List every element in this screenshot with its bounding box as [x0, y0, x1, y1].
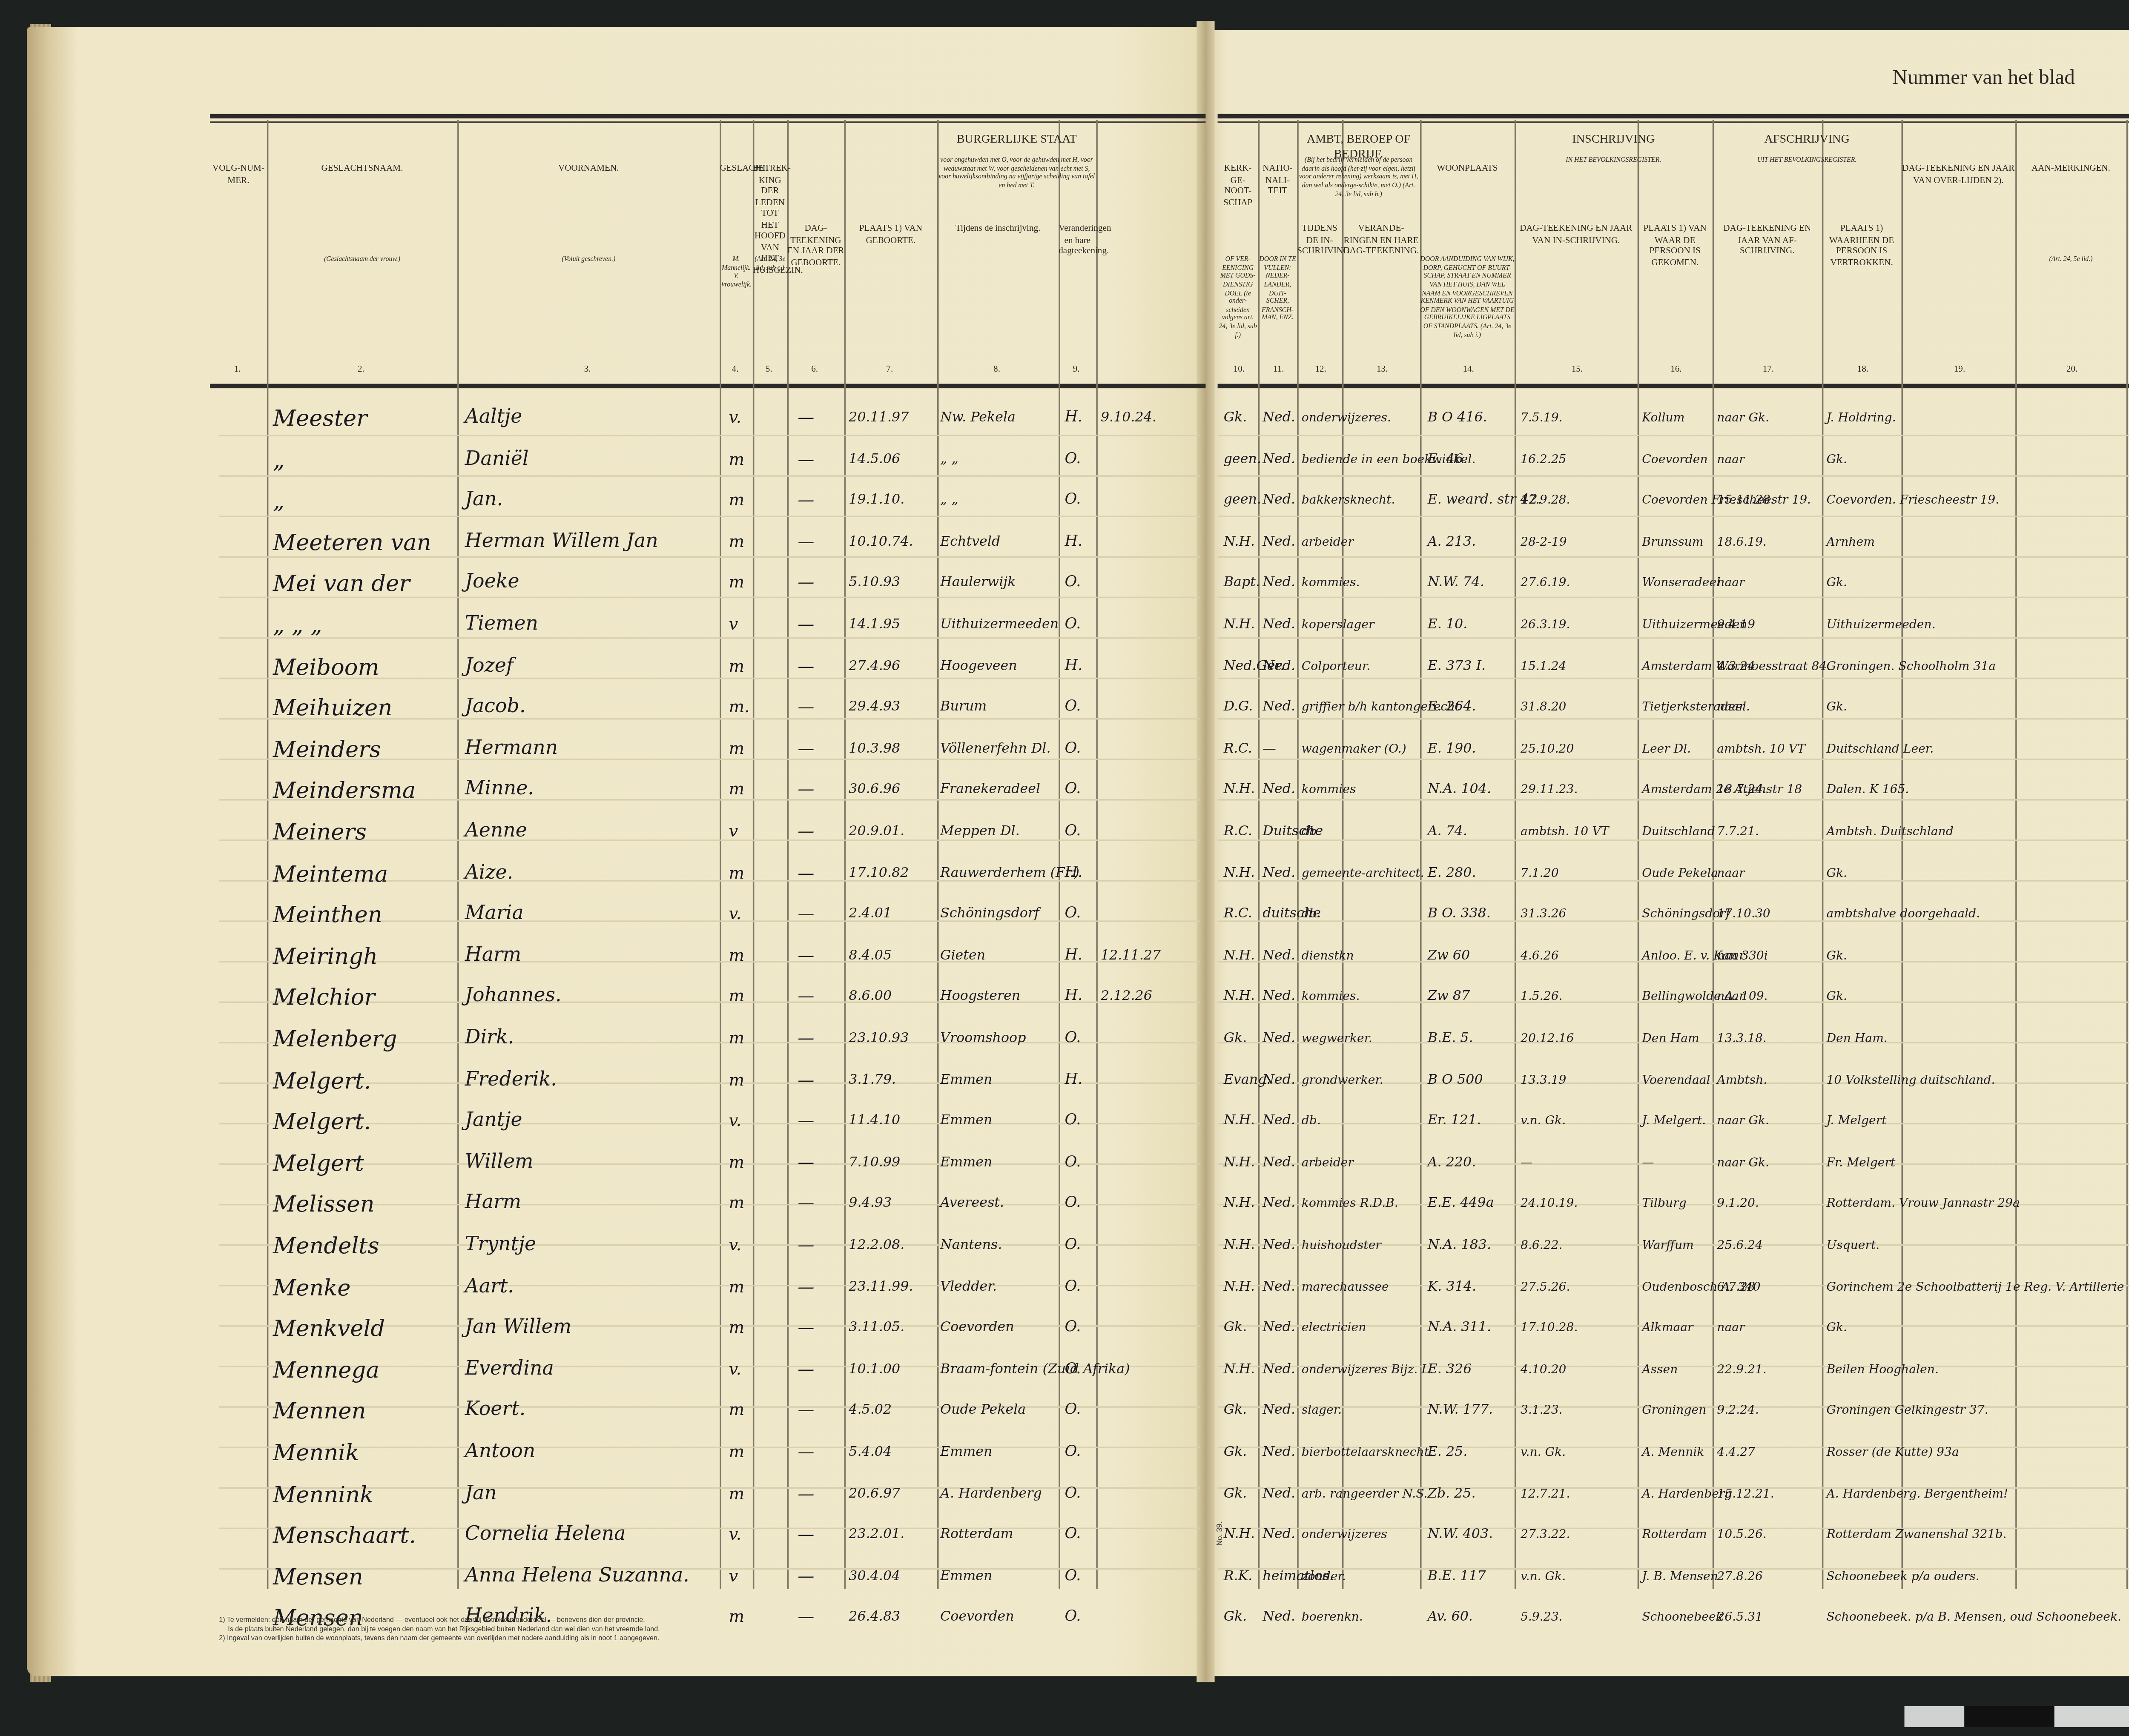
cell-birthplace: Vledder.: [940, 1277, 997, 1298]
cell-rel: —: [798, 780, 815, 801]
cell-in-date: 27.6.19.: [1521, 573, 1570, 594]
column-number: 9.: [1073, 366, 1080, 375]
row-guide-line: [219, 1163, 1199, 1165]
column-line: [1297, 120, 1299, 1589]
cell-church: N.H.: [1224, 1359, 1255, 1380]
cell-birthplace: Rauwerderhem (Fr.): [940, 863, 1079, 884]
cell-in-from: Brunssum: [1642, 532, 1703, 553]
cell-rel: —: [798, 1070, 815, 1091]
left-header-9: Veranderingen en hare dagteekening.: [1059, 225, 1096, 258]
cell-nat: Ned.: [1262, 1359, 1295, 1380]
cell-civ: O.: [1064, 1028, 1081, 1049]
cell-rel: —: [798, 408, 815, 429]
cell-sex: m: [729, 780, 745, 801]
cell-born: 4.5.02: [849, 1401, 892, 1422]
cell-address: B O 500: [1428, 1070, 1483, 1091]
cell-civ: H.: [1064, 987, 1082, 1008]
cell-civ: O.: [1064, 1484, 1081, 1504]
color-scale-bar: [1905, 1685, 2129, 1736]
cell-in-from: Coevorden: [1642, 449, 1707, 470]
right-header-3: TIJDENS DE IN-SCHRIJVING.: [1297, 225, 1342, 258]
cell-in-date: 17.9.28.: [1521, 490, 1570, 511]
right-header-7: PLAATS 1) VAN WAAR DE PERSOON IS GEKOMEN…: [1638, 225, 1713, 270]
right-group-sub: (Bij het bedrijf vermelden of de persoon…: [1297, 156, 1420, 198]
cell-given: Herman Willem Jan: [465, 532, 658, 553]
cell-out-date: 26.5.31: [1717, 1608, 1763, 1629]
right-header-8: DAG-TEEKENING EN JAAR VAN AF-SCHRIJVING.: [1713, 225, 1822, 258]
cell-out-date: 4.4.27: [1717, 1442, 1755, 1463]
cell-sex: m: [729, 532, 745, 553]
cell-rel: —: [798, 1277, 815, 1298]
cell-birthplace: Coevorden: [940, 1608, 1014, 1629]
cell-occ: slager.: [1302, 1401, 1342, 1422]
cell-surname: Meintema: [273, 863, 388, 884]
cell-out-date: 4.3.24: [1717, 656, 1755, 677]
cell-born: 23.11.99.: [849, 1277, 913, 1298]
cell-address: B.E. 5.: [1428, 1028, 1473, 1049]
row-guide-line: [1218, 678, 2129, 679]
cell-given: Tiemen: [465, 615, 538, 636]
cell-church: N.H.: [1224, 1111, 1255, 1132]
cell-occ: kommies.: [1302, 987, 1360, 1008]
cell-given: Aart.: [465, 1277, 514, 1298]
cell-rel: —: [798, 1442, 815, 1463]
cell-occ: electricien: [1302, 1318, 1366, 1339]
cell-given: Harm: [465, 945, 522, 966]
cell-birthplace: Avereest.: [940, 1194, 1004, 1215]
cell-church: N.H.: [1224, 1525, 1255, 1546]
cell-surname: „: [273, 449, 284, 470]
cell-sex: m: [729, 573, 745, 594]
cell-surname: Meiringh: [273, 945, 378, 966]
cell-in-date: 3.1.23.: [1521, 1401, 1563, 1422]
cell-given: Koert.: [465, 1401, 526, 1422]
cell-surname: Meiners: [273, 822, 367, 842]
cell-nat: —: [1262, 739, 1276, 759]
cell-birthplace: Gieten: [940, 945, 985, 966]
cell-out-to: Schoonebeek p/a ouders.: [1826, 1566, 1979, 1587]
cell-out-date: naar: [1717, 987, 1745, 1008]
footnote-1b: Is de plaats buiten Nederland gelegen, d…: [228, 1625, 660, 1633]
cell-civ: O.: [1064, 1152, 1081, 1173]
row-guide-line: [219, 516, 1199, 517]
cell-nat: Ned.: [1262, 615, 1295, 636]
cell-given: Dirk.: [465, 1028, 514, 1049]
cell-occ: grondwerker.: [1302, 1070, 1383, 1091]
cell-nat: Ned.: [1262, 697, 1295, 718]
cell-born: 27.4.96: [849, 656, 900, 677]
cell-birthplace: „ „: [940, 490, 958, 511]
cell-out-date: 9.2.24.: [1717, 1401, 1759, 1422]
cell-address: N.A. 104.: [1428, 780, 1491, 801]
cell-sex: m: [729, 656, 745, 677]
cell-occ: gemeente-architect.: [1302, 863, 1424, 884]
cell-civ: O.: [1064, 1235, 1081, 1256]
cell-surname: Meindersma: [273, 780, 416, 801]
cell-out-to: A. Hardenberg. Bergentheim!: [1826, 1484, 2008, 1504]
cell-out-to: Schoonebeek. p/a B. Mensen, oud Schooneb…: [1826, 1608, 2121, 1629]
cell-in-date: 26.3.19.: [1521, 615, 1570, 636]
cell-nat: Ned.: [1262, 1028, 1295, 1049]
header-top-rule-right: [1218, 114, 2129, 119]
cell-out-to: Gk.: [1826, 1318, 1847, 1339]
cell-nat: Ned.: [1262, 1152, 1295, 1173]
sheet-number-label: Nummer van het blad: [1892, 66, 2075, 92]
right-header-sub-11: (Art. 24, 5e lid.): [2015, 255, 2126, 264]
cell-civ: O.: [1064, 1318, 1081, 1339]
cell-surname: Melgert.: [273, 1111, 371, 1132]
row-guide-line: [1218, 597, 2129, 599]
cell-born: 5.4.04: [849, 1442, 892, 1463]
cell-surname: Melgert.: [273, 1070, 371, 1091]
cell-occ: onderwijzeres Bijz. L.: [1302, 1359, 1433, 1380]
cell-address: A. 213.: [1428, 532, 1476, 553]
cell-sex: m: [729, 1070, 745, 1091]
cell-rel: —: [798, 863, 815, 884]
cell-sex: v.: [729, 408, 742, 429]
cell-birthplace: Braam-fontein (Zuid Afrika): [940, 1359, 1130, 1380]
cell-surname: Mendelts: [273, 1235, 379, 1256]
cell-out-to: Gk.: [1826, 987, 1847, 1008]
cell-born: 30.4.04: [849, 1566, 900, 1587]
cell-in-date: v.n. Gk.: [1521, 1566, 1566, 1587]
cell-born: 20.6.97: [849, 1484, 900, 1504]
cell-out-date: Ambtsh.: [1717, 1070, 1767, 1091]
cell-given: Antoon: [465, 1442, 536, 1463]
cell-sex: v.: [729, 1359, 742, 1380]
cell-out-to: Gk.: [1826, 697, 1847, 718]
cell-surname: Meeteren van: [273, 532, 431, 553]
cell-in-from: Alkmaar: [1642, 1318, 1693, 1339]
cell-in-date: 5.9.23.: [1521, 1608, 1563, 1629]
cell-in-from: A. Mennik: [1642, 1442, 1704, 1463]
cell-out-to: Gk.: [1826, 945, 1847, 966]
cell-sex: m: [729, 863, 745, 884]
cell-out-to: Duitschland Leer.: [1826, 739, 1934, 759]
cell-rel: —: [798, 1318, 815, 1339]
cell-born: 17.10.82: [849, 863, 909, 884]
cell-address: N.W. 177.: [1428, 1401, 1493, 1422]
cell-rel: —: [798, 987, 815, 1008]
cell-born: 10.10.74.: [849, 532, 913, 553]
left-header-3: VOORNAMEN.: [457, 165, 720, 176]
cell-address: E. 190.: [1428, 739, 1476, 759]
cell-surname: Meiboom: [273, 656, 379, 677]
cell-sex: m: [729, 1152, 745, 1173]
cell-in-from: Warffum: [1642, 1235, 1694, 1256]
cell-address: K. 314.: [1428, 1277, 1476, 1298]
row-guide-line: [219, 1447, 1199, 1448]
cell-nat: Ned.: [1262, 573, 1295, 594]
cell-surname: Mennega: [273, 1359, 379, 1380]
cell-born: 7.10.99: [849, 1152, 900, 1173]
cell-out-date: 25.6.24: [1717, 1235, 1763, 1256]
cell-in-from: Voerendaal: [1642, 1070, 1710, 1091]
cell-given: Joeke: [465, 573, 519, 594]
cell-given: Johannes.: [465, 987, 562, 1008]
cell-nat: Ned.: [1262, 532, 1295, 553]
cell-birthplace: Emmen: [940, 1070, 992, 1091]
column-number: 2.: [358, 366, 364, 375]
footnote-2: 2) Ingeval van overlijden buiten de woon…: [219, 1634, 659, 1642]
column-line: [753, 120, 755, 1589]
cell-address: B O. 338.: [1428, 904, 1491, 925]
column-line: [787, 120, 789, 1589]
cell-out-date: 10.5.26.: [1717, 1525, 1766, 1546]
cell-out-to: Gk.: [1826, 863, 1847, 884]
cell-rel: —: [798, 697, 815, 718]
cell-address: A. 220.: [1428, 1152, 1476, 1173]
cell-birthplace: Uithuizermeeden: [940, 615, 1059, 636]
cell-surname: Melissen: [273, 1194, 375, 1215]
right-group-sub: IN HET BEVOLKINGSREGISTER.: [1515, 156, 1713, 164]
cell-out-to: Rotterdam. Vrouw Jannastr 29a: [1826, 1194, 2020, 1215]
cell-rel: —: [798, 656, 815, 677]
cell-church: N.H.: [1224, 532, 1255, 553]
cell-in-date: 15.1.24: [1521, 656, 1567, 677]
cell-birthplace: Franekeradeel: [940, 780, 1040, 801]
cell-nat: Ned.: [1262, 1525, 1295, 1546]
cell-rel: —: [798, 1608, 815, 1629]
row-guide-line: [219, 556, 1199, 558]
cell-in-date: 29.11.23.: [1521, 780, 1578, 801]
row-guide-line: [219, 597, 1199, 599]
cell-civ: H.: [1064, 863, 1082, 884]
column-line: [1258, 120, 1260, 1589]
right-group-sub: UIT HET BEVOLKINGSREGISTER.: [1713, 156, 1902, 164]
cell-nat: Ned.: [1262, 780, 1295, 801]
cell-out-to: Coevorden. Friescheestr 19.: [1826, 490, 1999, 511]
cell-out-date: 18.7.24.: [1717, 780, 1766, 801]
cell-nat: Ned.: [1262, 863, 1295, 884]
cell-born: 8.4.05: [849, 945, 892, 966]
row-guide-line: [219, 1568, 1199, 1570]
cell-born: 3.11.05.: [849, 1318, 904, 1339]
cell-birthplace: Oude Pekela: [940, 1401, 1026, 1422]
cell-occ: wegwerker.: [1302, 1028, 1372, 1049]
cell-occ: kommies: [1302, 780, 1356, 801]
cell-out-date: naar Gk.: [1717, 1111, 1769, 1132]
column-line: [1713, 120, 1714, 1589]
right-header-sub-1: OF VER-EENIGING MET GODS-DIENSTIG DOEL (…: [1218, 255, 1258, 339]
cell-in-date: v.n. Gk.: [1521, 1111, 1566, 1132]
cell-civ: O.: [1064, 573, 1081, 594]
cell-out-to: Arnhem: [1826, 532, 1875, 553]
cell-out-date: naar: [1717, 697, 1745, 718]
cell-occ: dienstkn: [1302, 945, 1354, 966]
cell-civ: O.: [1064, 739, 1081, 759]
cell-civ: O.: [1064, 697, 1081, 718]
cell-occ: db.: [1302, 904, 1321, 925]
column-number: 8.: [993, 366, 1000, 375]
cell-church: N.H.: [1224, 1152, 1255, 1173]
cell-civ: H.: [1064, 532, 1082, 553]
cell-church: N.H.: [1224, 1194, 1255, 1215]
cell-rel: —: [798, 904, 815, 925]
cell-church: N.H.: [1224, 945, 1255, 966]
cell-in-date: 1.5.26.: [1521, 987, 1563, 1008]
cell-civ: O.: [1064, 1608, 1081, 1629]
cell-birthplace: Haulerwijk: [940, 573, 1016, 594]
column-line: [2015, 120, 2017, 1589]
cell-civ: O.: [1064, 904, 1081, 925]
cell-out-to: Ambtsh. Duitschland: [1826, 822, 1953, 842]
cell-out-date: 9.1.20.: [1717, 1194, 1759, 1215]
cell-in-date: —: [1521, 1152, 1532, 1173]
row-guide-line: [1218, 516, 2129, 517]
cell-sex: m: [729, 1277, 745, 1298]
left-group-sub: voor ongehuwden met O, voor de gehuwden …: [937, 156, 1096, 189]
cell-nat: Ned.: [1262, 945, 1295, 966]
cell-sex: m: [729, 987, 745, 1008]
cell-sex: v.: [729, 1111, 742, 1132]
cell-civ: O.: [1064, 1194, 1081, 1215]
cell-out-date: 17.10.30: [1717, 904, 1770, 925]
cell-out-to: Groningen. Schoolholm 31a: [1826, 656, 1996, 677]
cell-birthplace: Schöningsdorf: [940, 904, 1039, 925]
cell-surname: Meinders: [273, 739, 381, 759]
cell-sex: m: [729, 449, 745, 470]
cell-out-date: 27.8.26: [1717, 1566, 1763, 1587]
cell-nat: Ned.: [1262, 1235, 1295, 1256]
cell-in-date: 7.1.20: [1521, 863, 1559, 884]
cell-occ: wagenmaker (O.): [1302, 739, 1406, 759]
cell-in-from: Tilburg: [1642, 1194, 1686, 1215]
cell-rel: —: [798, 449, 815, 470]
cell-out-to: 10 Volkstelling duitschland.: [1826, 1070, 1995, 1091]
cell-birthplace: Vroomshoop: [940, 1028, 1026, 1049]
cell-occ: kommies.: [1302, 573, 1360, 594]
cell-born: 9.4.93: [849, 1194, 892, 1215]
cell-sex: m: [729, 1028, 745, 1049]
cell-nat: Ned.: [1262, 1401, 1295, 1422]
column-number: 7.: [886, 366, 893, 375]
cell-address: N.A. 311.: [1428, 1318, 1491, 1339]
column-line: [1638, 120, 1639, 1589]
cell-in-from: Wonseradeel: [1642, 573, 1720, 594]
cell-surname: Meinthen: [273, 904, 382, 925]
row-guide-line: [219, 1285, 1199, 1286]
cell-rel: —: [798, 1484, 815, 1504]
cell-address: B.E. 117: [1428, 1566, 1486, 1587]
cell-rel: —: [798, 573, 815, 594]
cell-occ: onderwijzeres: [1302, 1525, 1387, 1546]
left-header-2: GESLACHTSNAAM.: [267, 165, 457, 176]
cell-surname: Menschaart.: [273, 1525, 416, 1546]
right-group-header: AFSCHRIJVING: [1713, 132, 1902, 147]
cell-civ: O.: [1064, 1566, 1081, 1587]
cell-out-to: Rosser (de Kutte) 93a: [1826, 1442, 1959, 1463]
cell-address: E. 25.: [1428, 1442, 1468, 1463]
cell-out-date: 22.9.21.: [1717, 1359, 1766, 1380]
cell-born: 29.4.93: [849, 697, 900, 718]
cell-sex: m: [729, 1318, 745, 1339]
cell-birthplace: Emmen: [940, 1442, 992, 1463]
left-header-sub-3: (Voluit geschreven.): [457, 255, 720, 264]
cell-born: 10.1.00: [849, 1359, 900, 1380]
cell-address: Er. 121.: [1428, 1111, 1481, 1132]
left-header-4: GESLACHT.: [720, 165, 752, 176]
cell-out-date: ambtsh. 10 VT: [1717, 739, 1805, 759]
cell-out-to: ambtshalve doorgehaald.: [1826, 904, 1980, 925]
cell-rel: —: [798, 1525, 815, 1546]
cell-surname: Menke: [273, 1277, 351, 1298]
cell-in-date: ambtsh. 10 VT: [1521, 822, 1609, 842]
cell-church: Bapt.: [1224, 573, 1260, 594]
cell-out-to: J. Melgert: [1826, 1111, 1886, 1132]
cell-nat: Ned.: [1262, 656, 1295, 677]
right-header-sub-2: DOOR IN TE VULLEN: NEDER-LANDER, DUIT-SC…: [1258, 255, 1297, 322]
column-number: 10.: [1234, 366, 1245, 375]
cell-out-to: Groningen Gelkingestr 37.: [1826, 1401, 1988, 1422]
cell-out-date: 6.7.28: [1717, 1277, 1755, 1298]
cell-in-from: —: [1642, 1152, 1654, 1173]
cell-born: 2.4.01: [849, 904, 892, 925]
column-line: [2126, 120, 2128, 1589]
cell-civ: O.: [1064, 1277, 1081, 1298]
cell-occ: arbeider: [1302, 1152, 1354, 1173]
cell-church: R.C.: [1224, 739, 1252, 759]
column-number: 6.: [811, 366, 818, 375]
cell-civ-change: 9.10.24.: [1101, 408, 1156, 429]
cell-in-date: 31.3.26: [1521, 904, 1567, 925]
cell-surname: Melgert: [273, 1152, 364, 1173]
cell-sex: v: [729, 822, 738, 842]
cell-in-from: Rotterdam: [1642, 1525, 1707, 1546]
cell-in-date: 24.10.19.: [1521, 1194, 1578, 1215]
cell-rel: —: [798, 945, 815, 966]
cell-born: 26.4.83: [849, 1608, 900, 1629]
cell-born: 5.10.93: [849, 573, 900, 594]
cell-address: E. 46.: [1428, 449, 1468, 470]
cell-out-date: 18.6.19.: [1717, 532, 1766, 553]
cell-in-date: 31.8.20: [1521, 697, 1567, 718]
cell-civ: O.: [1064, 822, 1081, 842]
column-number: 19.: [1954, 366, 1965, 375]
cell-occ: bierbottelaarsknecht.: [1302, 1442, 1433, 1463]
cell-out-to: Dalen. K 165.: [1826, 780, 1909, 801]
cell-nat: Ned.: [1262, 1442, 1295, 1463]
cell-occ: boerenkn.: [1302, 1608, 1363, 1629]
column-number: 3.: [584, 366, 591, 375]
cell-born: 10.3.98: [849, 739, 900, 759]
column-line: [937, 120, 939, 1589]
cell-given: Hermann: [465, 739, 558, 759]
right-header-6: DAG-TEEKENING EN JAAR VAN IN-SCHRIJVING.: [1515, 225, 1638, 247]
cell-given: Willem: [465, 1152, 534, 1173]
cell-nat: Ned.: [1262, 1484, 1295, 1504]
header-top-rule-left: [210, 114, 1205, 119]
cell-occ: arb. rangeerder N.S.: [1302, 1484, 1428, 1504]
cell-sex: v: [729, 615, 738, 636]
cell-born: 14.5.06: [849, 449, 900, 470]
left-header-8: Tijdens de inschrijving.: [937, 225, 1059, 236]
cell-sex: m: [729, 945, 745, 966]
cell-out-to: Den Ham.: [1826, 1028, 1887, 1049]
cell-in-date: 4.6.26: [1521, 945, 1559, 966]
cell-address: N.W. 74.: [1428, 573, 1484, 594]
right-header-9: PLAATS 1) WAARHEEN DE PERSOON IS VERTROK…: [1822, 225, 1902, 270]
cell-birthplace: „ „: [940, 449, 958, 470]
cell-out-date: naar: [1717, 449, 1745, 470]
header-bottom-rule-right: [1218, 384, 2129, 389]
row-guide-line: [1218, 1163, 2129, 1165]
cell-born: 20.9.01.: [849, 822, 904, 842]
form-number: No. 39.: [1216, 1521, 1225, 1546]
cell-in-date: 16.2.25: [1521, 449, 1567, 470]
column-number: 1.: [234, 366, 241, 375]
cell-church: Gk.: [1224, 408, 1247, 429]
